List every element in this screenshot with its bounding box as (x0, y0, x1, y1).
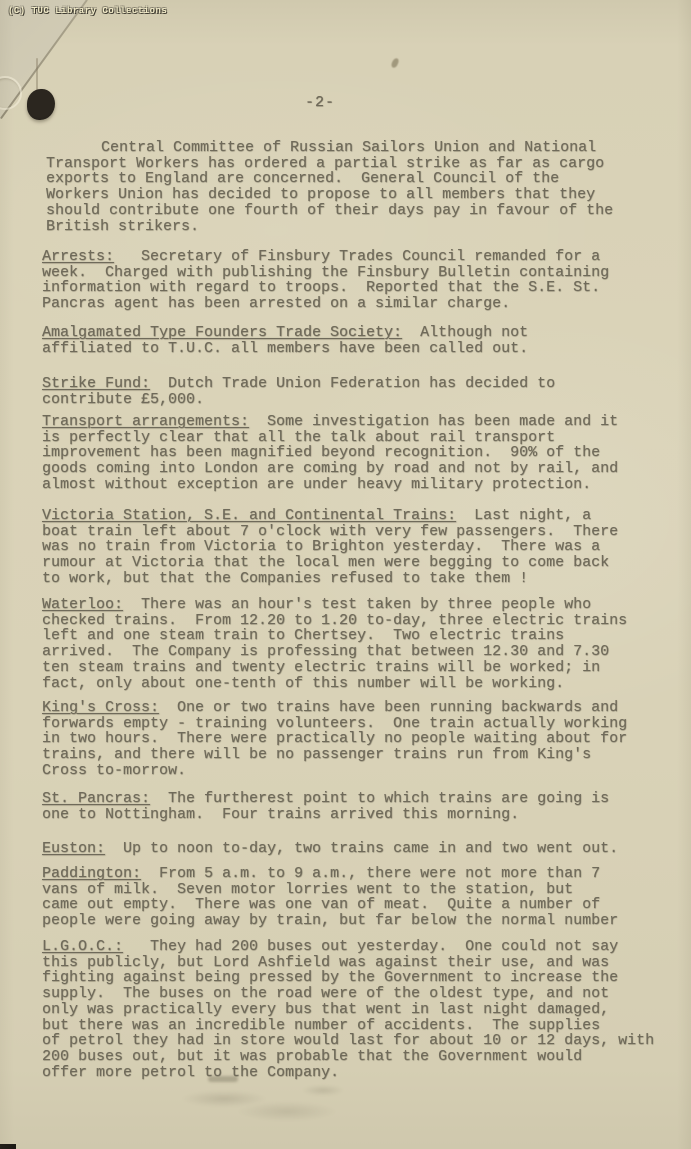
paragraph-st-pancras: St. Pancras: The furtherest point to whi… (42, 791, 676, 822)
scanned-page: (C) TUC Library Collections -2- Central … (0, 0, 691, 1149)
ink-drip-mark (36, 58, 38, 92)
paragraph-euston: Euston: Up to noon to-day, two trains ca… (42, 841, 676, 857)
paragraph-text: There was an hour's test taken by three … (42, 596, 627, 692)
paragraph-waterloo: Waterloo: There was an hour's test taken… (42, 597, 676, 691)
fold-crease-line (0, 0, 88, 119)
paragraph-text: One or two trains have been running back… (42, 699, 627, 779)
paragraph-strike-fund: Strike Fund: Dutch Trade Union Federatio… (42, 376, 676, 407)
paragraph-text: Secretary of Finsbury Trades Council rem… (42, 248, 609, 312)
paragraph-amalgamated-type-founders: Amalgamated Type Founders Trade Society:… (42, 325, 676, 356)
paragraph-heading: Victoria Station, S.E. and Continental T… (42, 507, 456, 524)
page-number: -2- (305, 94, 335, 111)
paragraph-heading: Euston: (42, 840, 105, 857)
paragraph-text: Dutch Trade Union Federation has decided… (42, 375, 555, 408)
paragraph-victoria-station: Victoria Station, S.E. and Continental T… (42, 508, 676, 587)
paragraph-text: They had 200 buses out yesterday. One co… (42, 938, 654, 1081)
paragraph-text: The furtherest point to which trains are… (42, 790, 609, 823)
paragraph-text: Some investigation has been made and it … (42, 413, 618, 493)
paragraph-heading: Paddington: (42, 865, 141, 882)
pencil-smudge-small (208, 1076, 238, 1082)
paragraph-transport-arrangements: Transport arrangements: Some investigati… (42, 414, 676, 493)
embossed-ring-mark (0, 76, 22, 110)
ink-speck (390, 57, 399, 68)
paragraph-text: Central Committee of Russian Sailors Uni… (46, 139, 613, 235)
paragraph-heading: Strike Fund: (42, 375, 150, 392)
paragraph-text: Although not affiliated to T.U.C. all me… (42, 324, 528, 357)
hole-punch-mark (27, 89, 55, 120)
scan-edge-mark (0, 1144, 16, 1149)
copyright-watermark: (C) TUC Library Collections (8, 6, 167, 16)
paragraph-text: From 5 a.m. to 9 a.m., there were not mo… (42, 865, 618, 929)
paragraph-heading: L.G.O.C.: (42, 938, 123, 955)
paragraph-heading: St. Pancras: (42, 790, 150, 807)
paragraph-text: Up to noon to-day, two trains came in an… (105, 840, 618, 857)
folded-corner (0, 0, 100, 130)
paragraph-heading: Amalgamated Type Founders Trade Society: (42, 324, 402, 341)
paragraph-heading: Transport arrangements: (42, 413, 249, 430)
paragraph-arrests: Arrests: Secretary of Finsbury Trades Co… (42, 249, 676, 312)
paragraph-heading: Arrests: (42, 248, 114, 265)
paragraph-central-committee: Central Committee of Russian Sailors Uni… (46, 140, 680, 234)
paragraph-kings-cross: King's Cross: One or two trains have bee… (42, 700, 676, 779)
pencil-smudge (170, 1082, 350, 1124)
paragraph-heading: King's Cross: (42, 699, 159, 716)
paragraph-text: Last night, a boat train left about 7 o'… (42, 507, 618, 587)
paragraph-paddington: Paddington: From 5 a.m. to 9 a.m., there… (42, 866, 676, 929)
paragraph-lgoc: L.G.O.C.: They had 200 buses out yesterd… (42, 939, 676, 1080)
paragraph-heading: Waterloo: (42, 596, 123, 613)
